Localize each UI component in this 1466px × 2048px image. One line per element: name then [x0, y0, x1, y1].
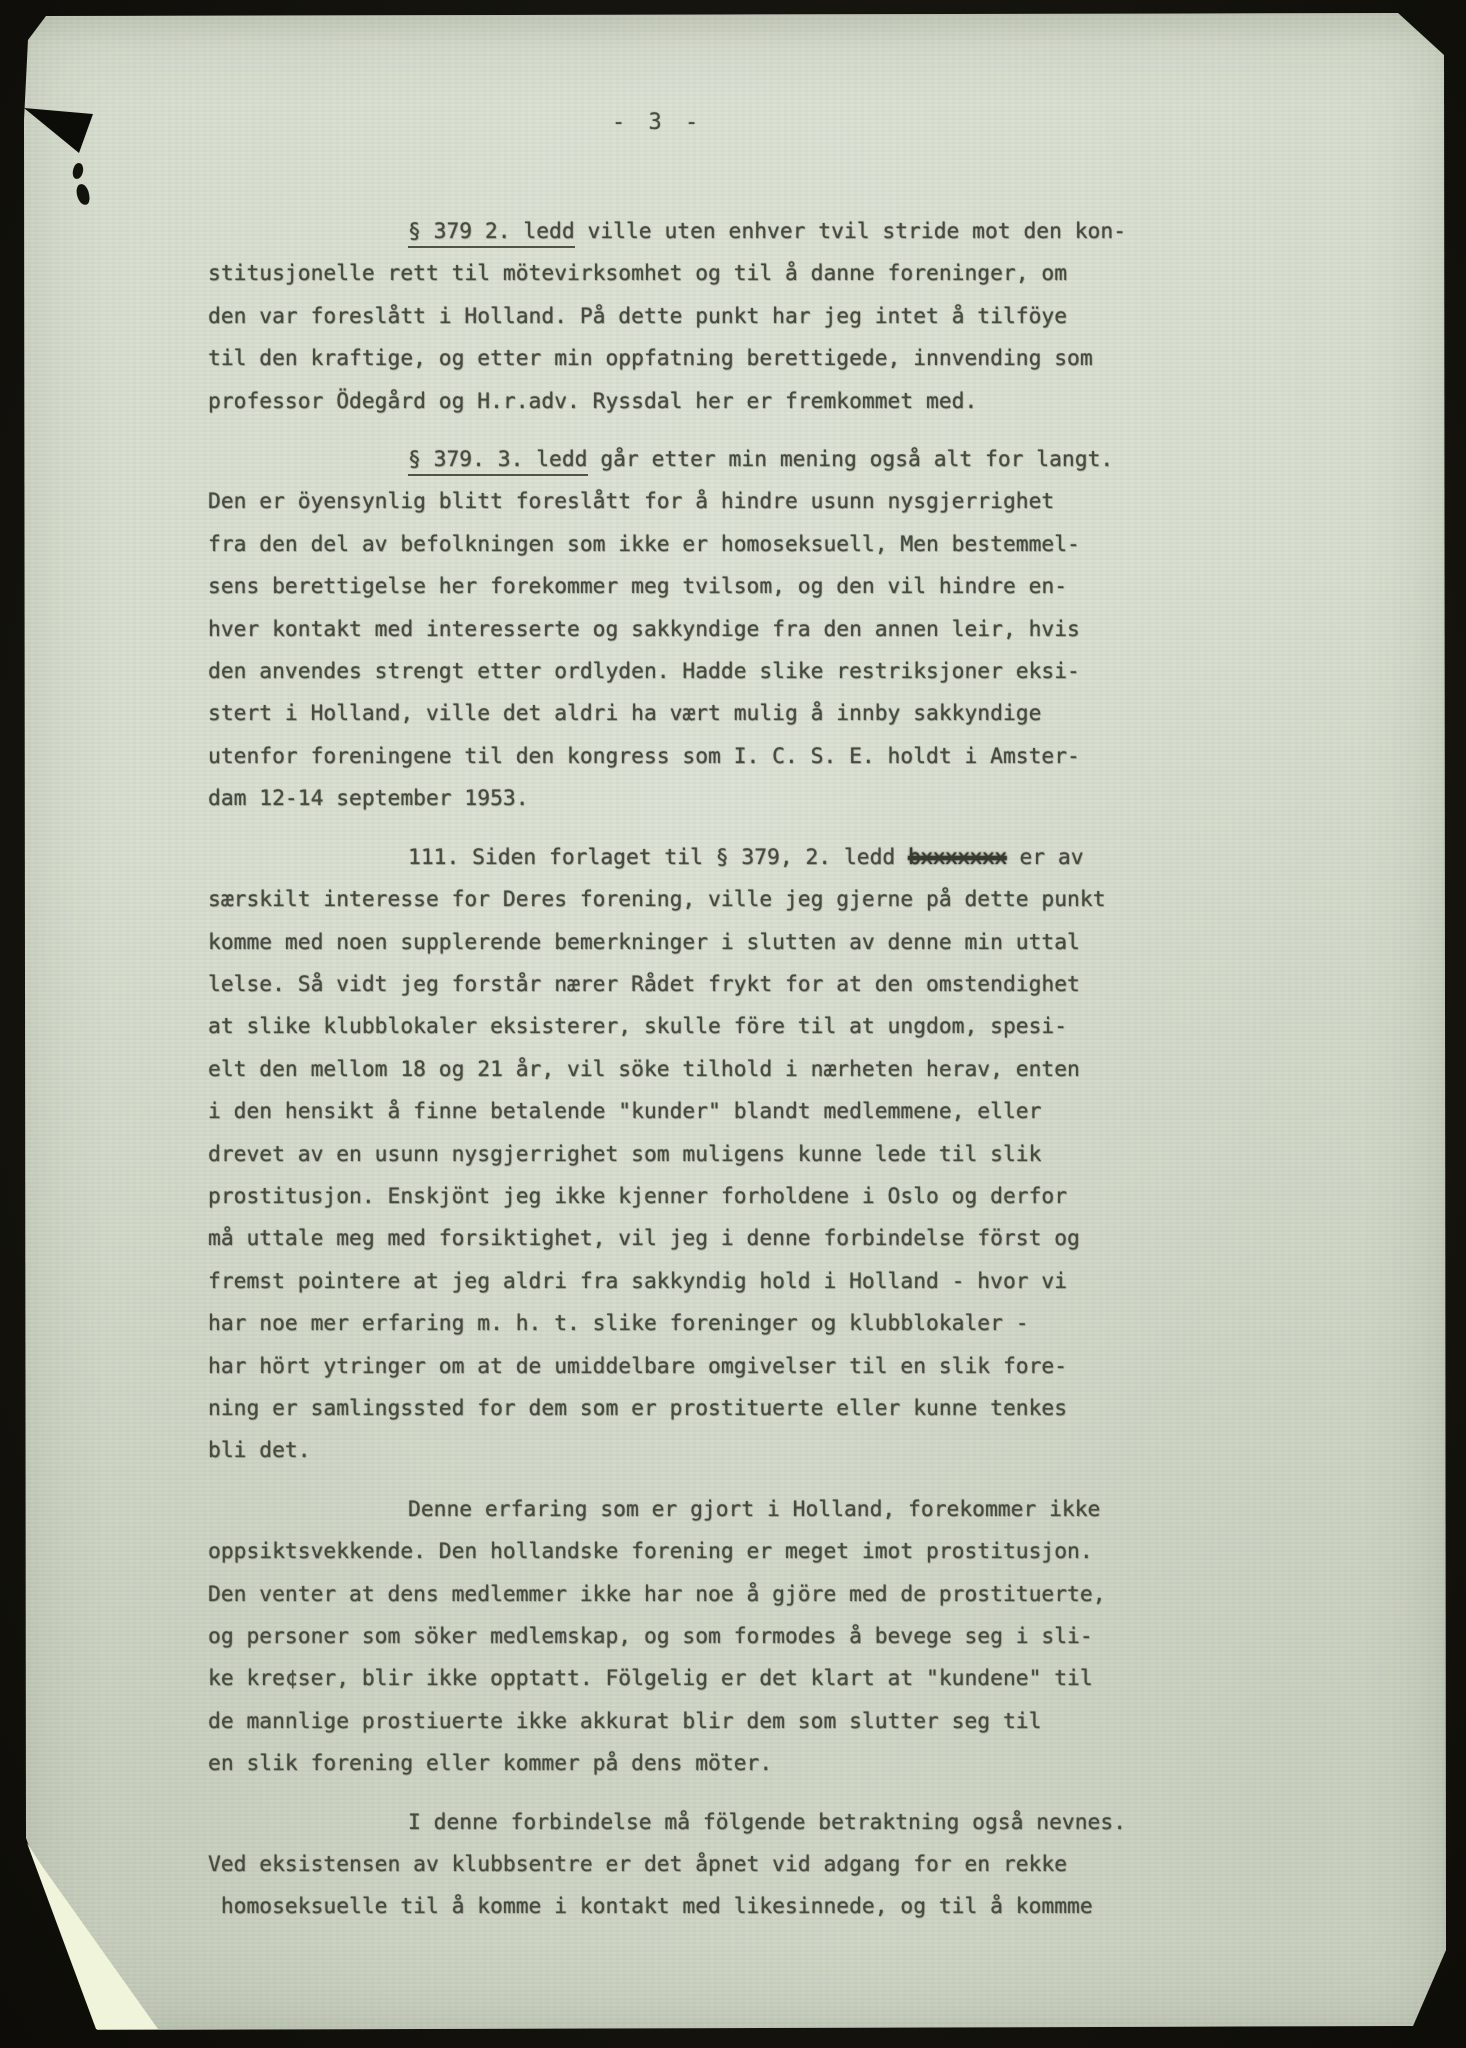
- text-line: særskilt interesse for Deres forening, v…: [208, 879, 1398, 921]
- text-line: Ved eksistensen av klubbsentre er det åp…: [208, 1844, 1398, 1886]
- paragraph: Denne erfaring som er gjort i Holland, f…: [208, 1489, 1398, 1786]
- text-line: drevet av en usunn nysgjerrighet som mul…: [208, 1134, 1398, 1176]
- text-column: § 379 2. ledd ville uten enhver tvil str…: [208, 211, 1398, 1929]
- text-line: en slik forening eller kommer på dens mö…: [208, 1743, 1398, 1785]
- paragraph: § 379 2. ledd ville uten enhver tvil str…: [208, 211, 1398, 423]
- text-segment: den anvendes strengt etter ordlyden. Had…: [208, 659, 1080, 684]
- text-segment: 111. Siden forlaget til § 379, 2. ledd: [408, 845, 908, 870]
- text-segment: stert i Holland, ville det aldri ha vært…: [208, 701, 1041, 726]
- text-line: stert i Holland, ville det aldri ha vært…: [208, 693, 1398, 735]
- text-segment: professor Ödegård og H.r.adv. Ryssdal he…: [208, 389, 977, 414]
- text-segment: oppsiktsvekkende. Den hollandske forenin…: [208, 1539, 1093, 1564]
- text-line: fremst pointere at jeg aldri fra sakkynd…: [208, 1261, 1398, 1303]
- text-line: har noe mer erfaring m. h. t. slike fore…: [208, 1303, 1398, 1345]
- text-line: Den venter at dens medlemmer ikke har no…: [208, 1574, 1398, 1616]
- text-segment: elt den mellom 18 og 21 år, vil söke til…: [208, 1057, 1080, 1082]
- text-line: til den kraftige, og etter min oppfatnin…: [208, 338, 1398, 380]
- text-segment: og personer som söker medlemskap, og som…: [208, 1624, 1093, 1649]
- paragraph: 111. Siden forlaget til § 379, 2. ledd b…: [208, 837, 1398, 1473]
- text-line: 111. Siden forlaget til § 379, 2. ledd b…: [208, 837, 1398, 879]
- text-line: ning er samlingssted for dem som er pros…: [208, 1388, 1398, 1430]
- text-segment: hver kontakt med interesserte og sakkynd…: [208, 617, 1080, 642]
- text-line: utenfor foreningene til den kongress som…: [208, 736, 1398, 778]
- text-segment: Den venter at dens medlemmer ikke har no…: [208, 1582, 1106, 1607]
- text-line: homoseksuelle til å komme i kontakt med …: [208, 1886, 1398, 1928]
- text-segment: fremst pointere at jeg aldri fra sakkynd…: [208, 1269, 1067, 1294]
- text-line: professor Ödegård og H.r.adv. Ryssdal he…: [208, 381, 1398, 423]
- text-line: § 379. 3. ledd går etter min mening også…: [208, 439, 1398, 481]
- text-segment: går etter min mening også alt for langt.: [588, 447, 1114, 472]
- text-segment: til den kraftige, og etter min oppfatnin…: [208, 346, 1093, 371]
- text-segment: må uttale meg med forsiktighet, vil jeg …: [208, 1226, 1080, 1251]
- text-line: Den er öyensynlig blitt foreslått for å …: [208, 481, 1398, 523]
- text-segment: drevet av en usunn nysgjerrighet som mul…: [208, 1142, 1041, 1167]
- text-segment: den var foreslått i Holland. På dette pu…: [208, 304, 1067, 329]
- text-segment: de mannlige prostiuerte ikke akkurat bli…: [208, 1709, 1041, 1734]
- text-segment: sens berettigelse her forekommer meg tvi…: [208, 574, 1067, 599]
- text-segment: bli det.: [208, 1438, 311, 1463]
- text-line: må uttale meg med forsiktighet, vil jeg …: [208, 1218, 1398, 1260]
- text-segment: lelse. Så vidt jeg forstår nærer Rådet f…: [208, 972, 1080, 997]
- text-segment: at slike klubblokaler eksisterer, skulle…: [208, 1014, 1067, 1039]
- text-segment: Ved eksistensen av klubbsentre er det åp…: [208, 1852, 1067, 1877]
- text-segment: dam 12-14 september 1953.: [208, 786, 529, 811]
- text-line: den anvendes strengt etter ordlyden. Had…: [208, 651, 1398, 693]
- text-segment: utenfor foreningene til den kongress som…: [208, 744, 1080, 769]
- text-line: den var foreslått i Holland. På dette pu…: [208, 296, 1398, 338]
- text-segment: homoseksuelle til å komme i kontakt med …: [208, 1894, 1093, 1919]
- text-segment: stitusjonelle rett til mötevirksomhet og…: [208, 261, 1067, 286]
- text-segment: i den hensikt å finne betalende "kunder"…: [208, 1099, 1041, 1124]
- text-line: at slike klubblokaler eksisterer, skulle…: [208, 1006, 1398, 1048]
- paragraph: § 379. 3. ledd går etter min mening også…: [208, 439, 1398, 821]
- text-segment: ke kre¢ser, blir ikke opptatt. Fölgelig …: [208, 1666, 1093, 1691]
- text-segment: I denne forbindelse må fölgende betraktn…: [408, 1810, 1126, 1835]
- text-segment: en slik forening eller kommer på dens mö…: [208, 1751, 772, 1776]
- text-line: lelse. Så vidt jeg forstår nærer Rådet f…: [208, 964, 1398, 1006]
- text-segment: Denne erfaring som er gjort i Holland, f…: [408, 1497, 1100, 1522]
- text-line: I denne forbindelse må fölgende betraktn…: [208, 1802, 1398, 1844]
- text-line: og personer som söker medlemskap, og som…: [208, 1616, 1398, 1658]
- text-segment: fra den del av befolkningen som ikke er …: [208, 532, 1080, 557]
- text-line: fra den del av befolkningen som ikke er …: [208, 524, 1398, 566]
- text-line: bli det.: [208, 1430, 1398, 1472]
- text-line: i den hensikt å finne betalende "kunder"…: [208, 1091, 1398, 1133]
- text-segment: ning er samlingssted for dem som er pros…: [208, 1396, 1067, 1421]
- text-line: komme med noen supplerende bemerkninger …: [208, 922, 1398, 964]
- text-line: § 379 2. ledd ville uten enhver tvil str…: [208, 211, 1398, 253]
- text-segment: ville uten enhver tvil stride mot den ko…: [575, 219, 1126, 244]
- paragraph: I denne forbindelse må fölgende betraktn…: [208, 1802, 1398, 1929]
- underlined-heading: § 379. 3. ledd: [408, 447, 588, 476]
- text-segment: komme med noen supplerende bemerkninger …: [208, 930, 1080, 955]
- text-line: ke kre¢ser, blir ikke opptatt. Fölgelig …: [208, 1658, 1398, 1700]
- text-segment: er av: [1007, 845, 1084, 870]
- text-line: sens berettigelse her forekommer meg tvi…: [208, 566, 1398, 608]
- text-segment: har hört ytringer om at de umiddelbare o…: [208, 1354, 1067, 1379]
- text-line: de mannlige prostiuerte ikke akkurat bli…: [208, 1701, 1398, 1743]
- text-segment: Den er öyensynlig blitt foreslått for å …: [208, 489, 1054, 514]
- text-line: hver kontakt med interesserte og sakkynd…: [208, 609, 1398, 651]
- underlined-heading: § 379 2. ledd: [408, 219, 575, 248]
- text-segment: særskilt interesse for Deres forening, v…: [208, 887, 1106, 912]
- page-number: - 3 -: [612, 110, 703, 135]
- struck-out-word: bxxxxxxx: [908, 845, 1007, 870]
- text-line: har hört ytringer om at de umiddelbare o…: [208, 1346, 1398, 1388]
- scan-viewport: { "colors": { "background": "#12110c", "…: [0, 0, 1466, 2048]
- text-line: dam 12-14 september 1953.: [208, 778, 1398, 820]
- text-line: prostitusjon. Enskjönt jeg ikke kjenner …: [208, 1176, 1398, 1218]
- text-line: oppsiktsvekkende. Den hollandske forenin…: [208, 1531, 1398, 1573]
- text-segment: har noe mer erfaring m. h. t. slike fore…: [208, 1311, 1029, 1336]
- text-segment: prostitusjon. Enskjönt jeg ikke kjenner …: [208, 1184, 1067, 1209]
- text-line: stitusjonelle rett til mötevirksomhet og…: [208, 253, 1398, 295]
- text-line: Denne erfaring som er gjort i Holland, f…: [208, 1489, 1398, 1531]
- text-line: elt den mellom 18 og 21 år, vil söke til…: [208, 1049, 1398, 1091]
